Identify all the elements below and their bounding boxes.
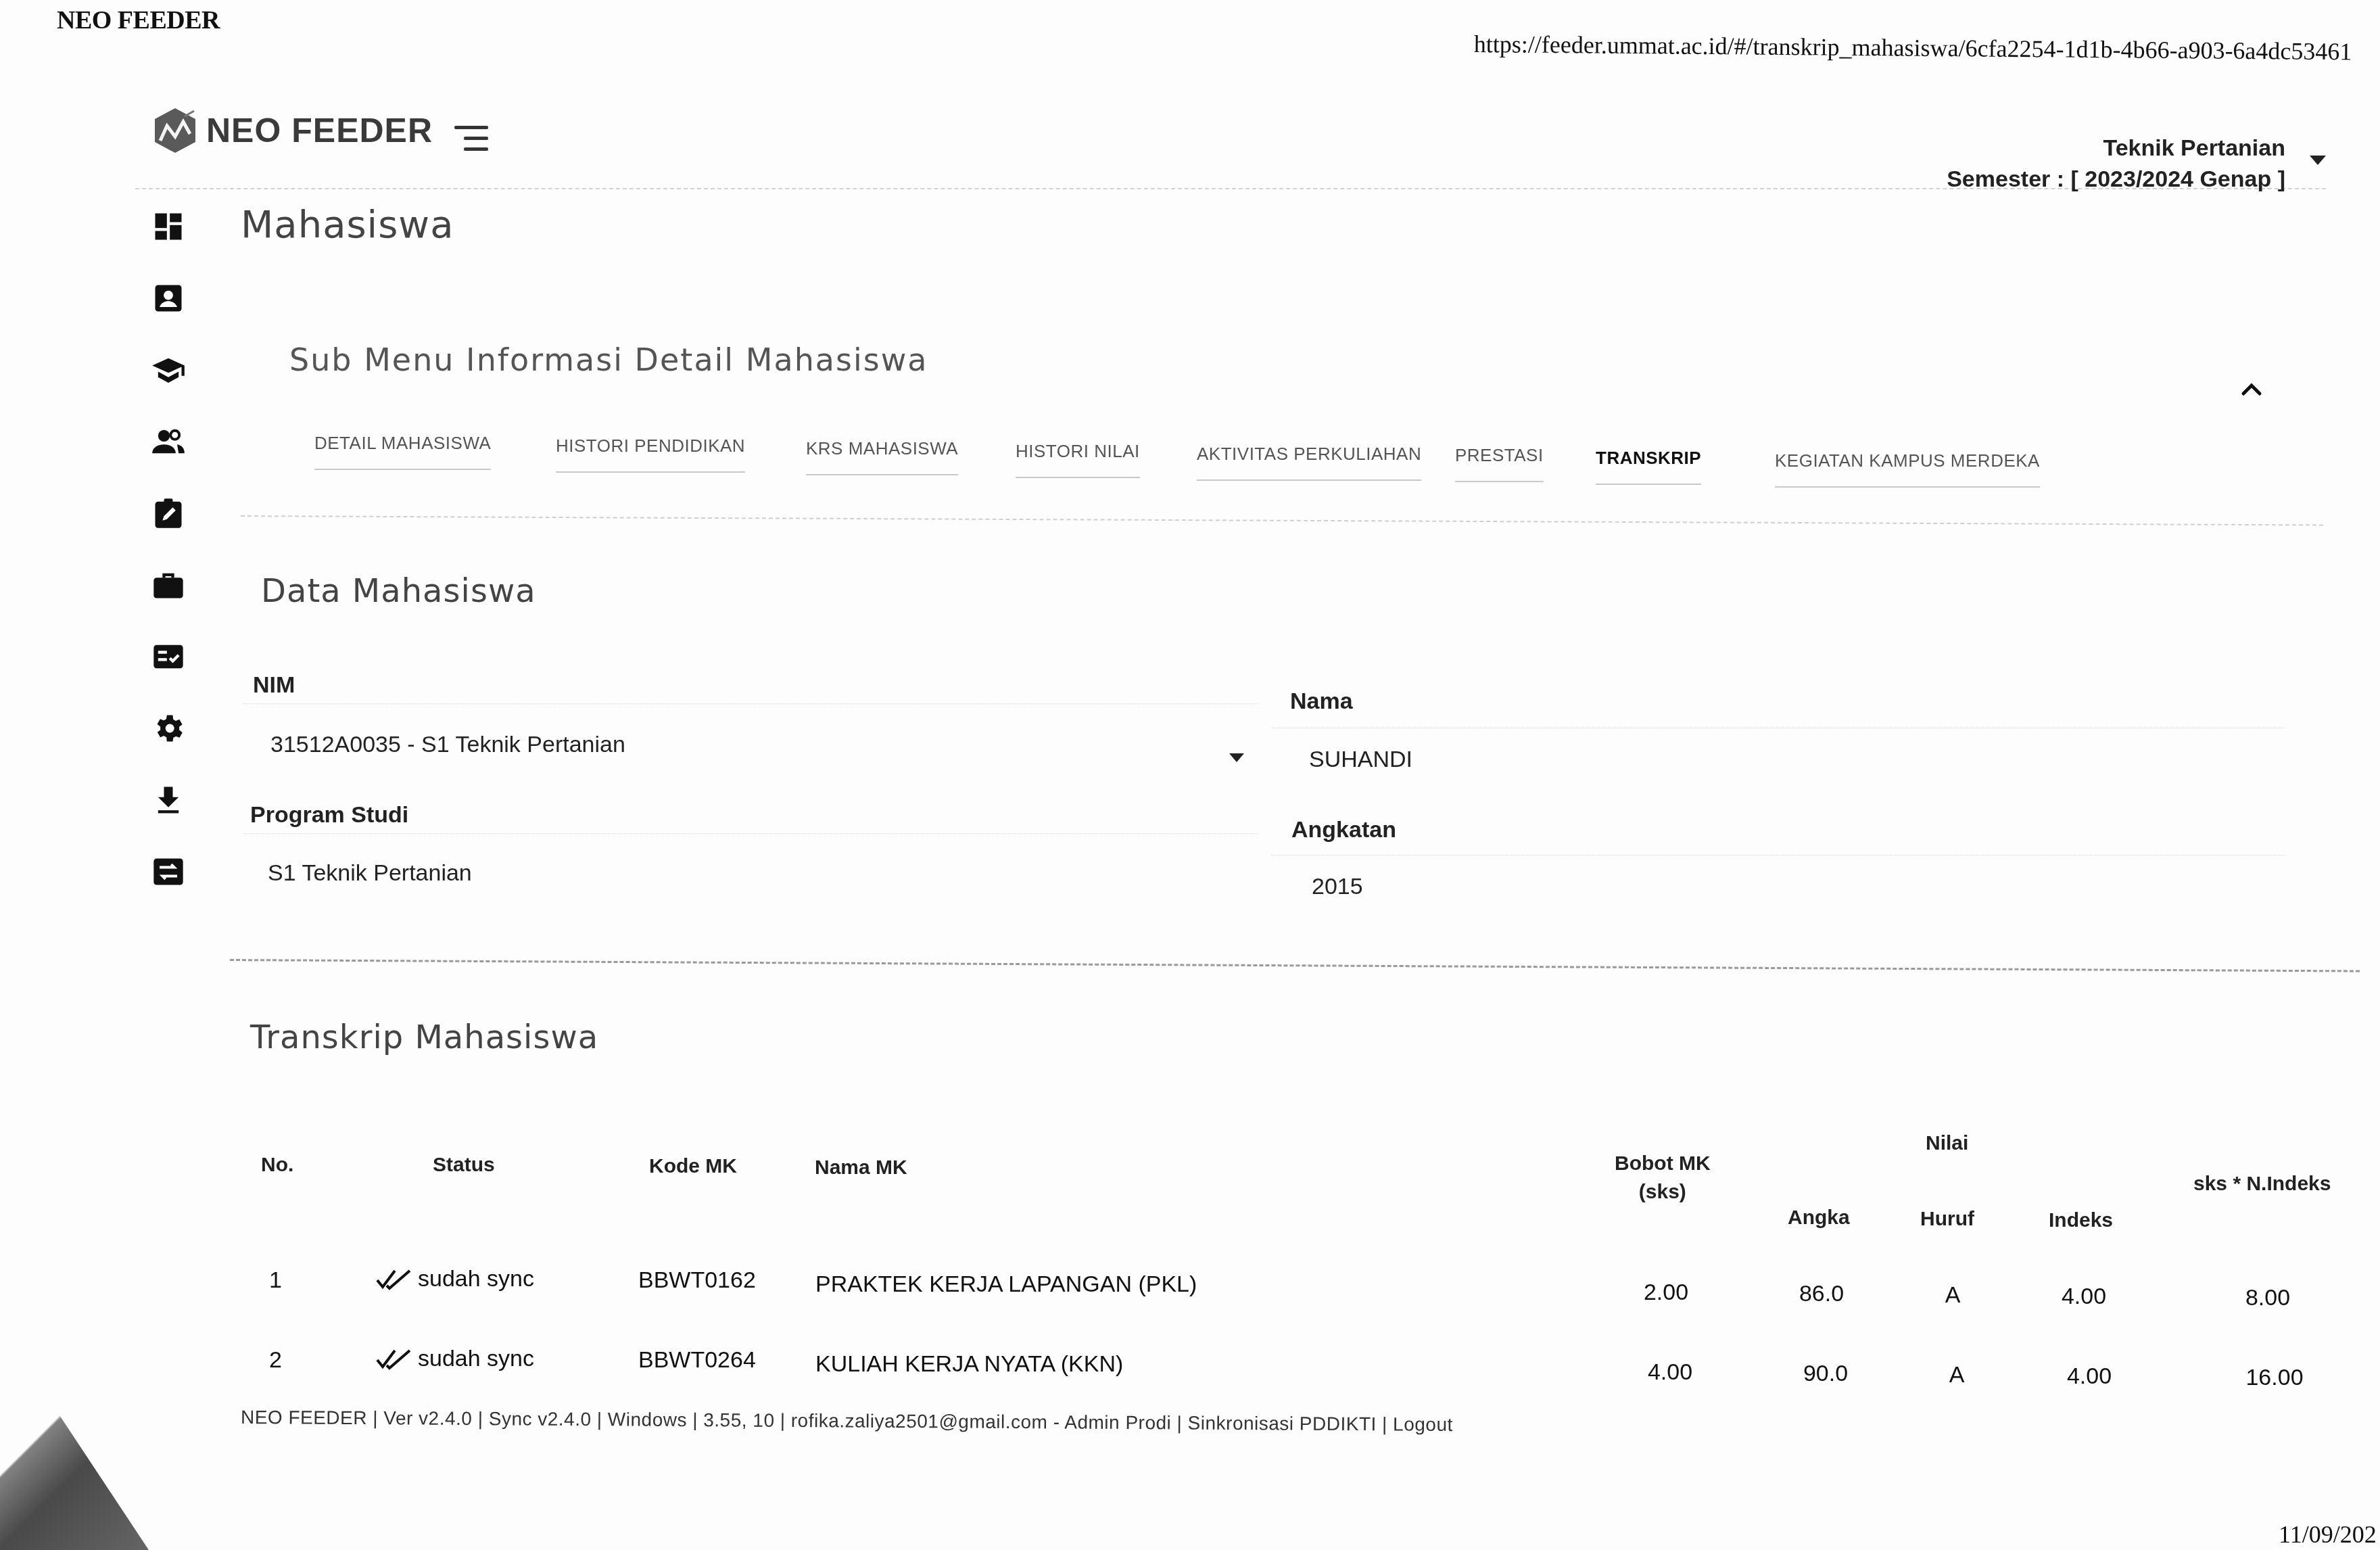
cell-bobot: 4.00 bbox=[1648, 1359, 1692, 1386]
divider bbox=[241, 515, 2323, 525]
sidebar-item-work[interactable] bbox=[145, 561, 192, 609]
cell-bobot: 2.00 bbox=[1644, 1279, 1688, 1306]
neo-feeder-logo-icon bbox=[152, 107, 198, 154]
id-card-icon bbox=[151, 281, 186, 316]
col-header-no: No. bbox=[261, 1151, 293, 1179]
user-info[interactable]: Teknik Pertanian Semester : [ 2023/2024 … bbox=[1947, 133, 2285, 195]
cell-no: 1 bbox=[269, 1267, 282, 1294]
cell-kode-mk: BBWT0264 bbox=[638, 1347, 756, 1373]
cell-nama-mk: PRAKTEK KERJA LAPANGAN (PKL) bbox=[815, 1271, 1197, 1298]
page-title: Mahasiswa bbox=[241, 203, 454, 247]
sidebar-item-profile[interactable] bbox=[145, 275, 192, 322]
tab-transkrip[interactable]: TRANSKRIP bbox=[1596, 448, 1701, 485]
print-header-url: https://feeder.ummat.ac.id/#/transkrip_m… bbox=[1474, 30, 2352, 66]
bobot-line-1: Bobot MK bbox=[1615, 1150, 1711, 1178]
cell-angka: 90.0 bbox=[1803, 1361, 1848, 1387]
cell-sks-indeks: 8.00 bbox=[2245, 1285, 2290, 1311]
cell-kode-mk: BBWT0162 bbox=[638, 1267, 756, 1294]
nim-dropdown-caret-icon[interactable] bbox=[1229, 753, 1244, 762]
dashboard-icon bbox=[151, 209, 186, 244]
sidebar-item-download[interactable] bbox=[145, 776, 192, 824]
briefcase-icon bbox=[151, 567, 186, 603]
sync-icon bbox=[151, 854, 186, 889]
cell-sks-indeks: 16.00 bbox=[2245, 1365, 2303, 1391]
col-header-nama-mk: Nama MK bbox=[815, 1154, 907, 1182]
field-divider bbox=[1271, 855, 2285, 855]
sidebar-item-dashboard[interactable] bbox=[145, 203, 192, 250]
col-header-sks-indeks: sks * N.Indeks bbox=[2193, 1170, 2331, 1198]
semester-label: Semester : [ 2023/2024 Genap ] bbox=[1947, 164, 2285, 195]
tab-prestasi[interactable]: PRESTASI bbox=[1455, 445, 1544, 482]
angkatan-label: Angkatan bbox=[1291, 817, 1396, 843]
sidebar-item-assignment[interactable] bbox=[145, 490, 192, 537]
double-check-icon bbox=[376, 1348, 412, 1371]
cell-huruf: A bbox=[1945, 1282, 1961, 1309]
field-divider bbox=[1271, 728, 2285, 728]
download-icon bbox=[151, 782, 186, 818]
print-footer-date: 11/09/202 bbox=[2279, 1520, 2377, 1549]
program-studi-value: S1 Teknik Pertanian bbox=[268, 860, 472, 887]
sidebar-item-checklist[interactable] bbox=[145, 633, 192, 680]
gear-icon bbox=[151, 711, 186, 746]
col-header-status: Status bbox=[433, 1151, 495, 1179]
menu-toggle-icon[interactable] bbox=[454, 126, 488, 153]
cell-huruf: A bbox=[1949, 1362, 1965, 1388]
tab-aktivitas-perkuliahan[interactable]: AKTIVITAS PERKULIAHAN bbox=[1197, 444, 1421, 481]
col-header-huruf: Huruf bbox=[1920, 1205, 1974, 1234]
cell-indeks: 4.00 bbox=[2062, 1284, 2106, 1310]
bobot-line-2: (sks) bbox=[1615, 1178, 1711, 1206]
cell-no: 2 bbox=[269, 1347, 282, 1373]
double-check-icon bbox=[376, 1268, 412, 1291]
status-text: sudah sync bbox=[418, 1346, 534, 1372]
cell-indeks: 4.00 bbox=[2067, 1363, 2112, 1390]
program-studi-label: Program Studi bbox=[250, 802, 408, 828]
section-divider bbox=[230, 959, 2360, 972]
tab-histori-nilai[interactable]: HISTORI NILAI bbox=[1016, 441, 1140, 478]
nama-label: Nama bbox=[1290, 688, 1353, 715]
footer-info: NEO FEEDER | Ver v2.4.0 | Sync v2.4.0 | … bbox=[241, 1407, 1188, 1434]
tab-krs-mahasiswa[interactable]: KRS MAHASISWA bbox=[806, 438, 958, 475]
brand-name: NEO FEEDER bbox=[206, 111, 433, 150]
data-mahasiswa-title: Data Mahasiswa bbox=[261, 572, 536, 610]
field-divider bbox=[243, 833, 1258, 834]
sidebar-item-education[interactable] bbox=[145, 346, 192, 394]
sidebar-item-sync[interactable] bbox=[145, 848, 192, 895]
cell-angka: 86.0 bbox=[1799, 1281, 1844, 1307]
clipboard-edit-icon bbox=[151, 496, 186, 531]
status-text: sudah sync bbox=[418, 1266, 534, 1292]
footer-separator: | bbox=[1377, 1413, 1394, 1434]
col-header-angka: Angka bbox=[1788, 1204, 1850, 1232]
user-dropdown-caret-icon[interactable] bbox=[2310, 156, 2326, 165]
angkatan-value: 2015 bbox=[1312, 874, 1363, 900]
brand[interactable]: NEO FEEDER bbox=[152, 107, 433, 154]
tab-kegiatan-kampus-merdeka[interactable]: KEGIATAN KAMPUS MERDEKA bbox=[1775, 450, 2040, 488]
submenu-tabs: DETAIL MAHASISWA HISTORI PENDIDIKAN KRS … bbox=[291, 426, 2116, 494]
tab-histori-pendidikan[interactable]: HISTORI PENDIDIKAN bbox=[556, 436, 745, 473]
nim-label: NIM bbox=[253, 672, 295, 699]
nama-value: SUHANDI bbox=[1309, 747, 1412, 773]
submenu-title: Sub Menu Informasi Detail Mahasiswa bbox=[289, 342, 928, 378]
graduation-cap-icon bbox=[151, 352, 186, 387]
sinkronisasi-pddikti-link[interactable]: Sinkronisasi PDDIKTI bbox=[1188, 1413, 1377, 1435]
prodi-name: Teknik Pertanian bbox=[1947, 133, 2285, 164]
users-icon bbox=[151, 424, 186, 459]
nim-select[interactable]: 31512A0035 - S1 Teknik Pertanian bbox=[270, 732, 625, 758]
top-bar: NEO FEEDER Teknik Pertanian Semester : [… bbox=[135, 95, 2326, 189]
tab-detail-mahasiswa[interactable]: DETAIL MAHASISWA bbox=[314, 433, 491, 470]
col-header-indeks: Indeks bbox=[2049, 1206, 2113, 1235]
col-header-nilai: Nilai bbox=[1926, 1129, 1968, 1158]
print-header-title: NEO FEEDER bbox=[57, 5, 220, 35]
checklist-icon bbox=[151, 639, 186, 674]
col-header-kode-mk: Kode MK bbox=[649, 1152, 737, 1181]
paper-edge-shadow bbox=[0, 1325, 149, 1550]
app-footer: NEO FEEDER | Ver v2.4.0 | Sync v2.4.0 | … bbox=[241, 1407, 1453, 1436]
sidebar-item-people[interactable] bbox=[145, 418, 192, 465]
printed-page: NEO FEEDER https://feeder.ummat.ac.id/#/… bbox=[0, 0, 2380, 1550]
cell-status: sudah sync bbox=[376, 1266, 534, 1292]
transkrip-title: Transkrip Mahasiswa bbox=[250, 1018, 598, 1056]
field-divider bbox=[243, 703, 1258, 704]
sidebar-item-settings[interactable] bbox=[145, 705, 192, 752]
chevron-up-icon[interactable] bbox=[2238, 379, 2265, 399]
col-header-bobot-mk: Bobot MK (sks) bbox=[1615, 1150, 1711, 1206]
cell-nama-mk: KULIAH KERJA NYATA (KKN) bbox=[815, 1351, 1123, 1378]
cell-status: sudah sync bbox=[376, 1346, 534, 1372]
logout-link[interactable]: Logout bbox=[1393, 1413, 1453, 1435]
